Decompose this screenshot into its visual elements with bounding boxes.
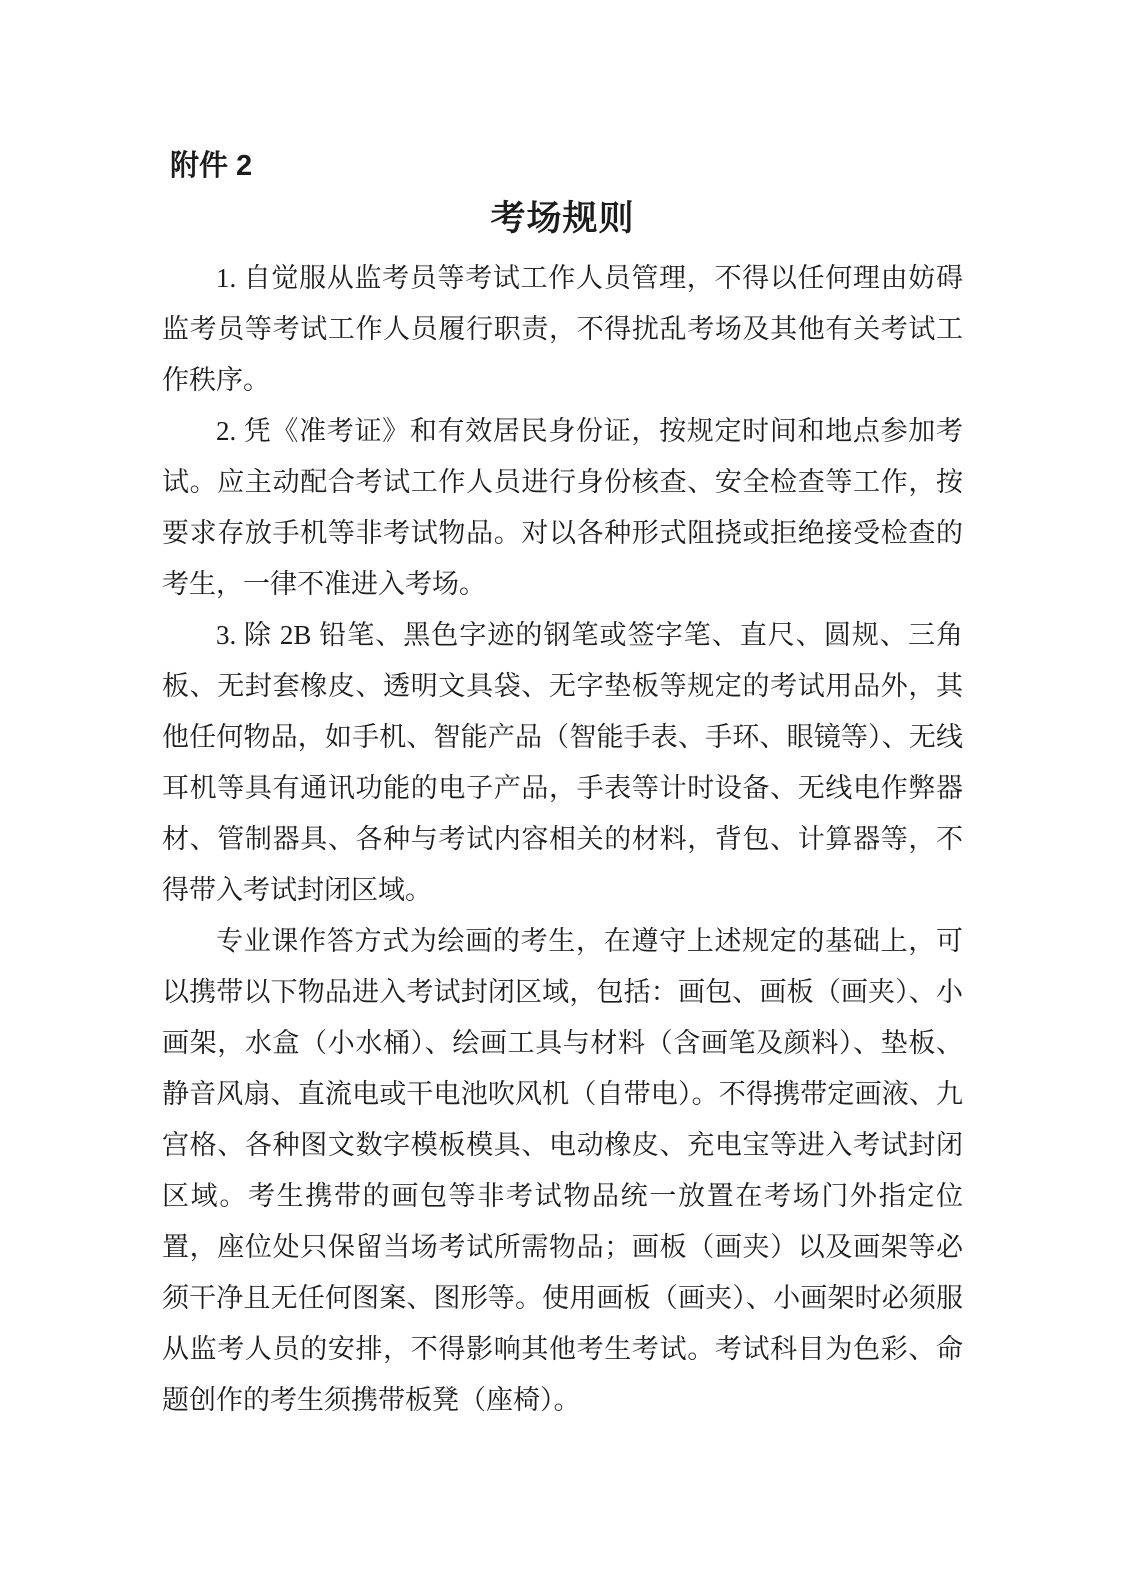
document-page: 附件 2 考场规则 1. 自觉服从监考员等考试工作人员管理，不得以任何理由妨碍监… [0, 0, 1124, 1592]
rule-paragraph-1: 1. 自觉服从监考员等考试工作人员管理，不得以任何理由妨碍监考员等考试工作人员履… [162, 253, 963, 406]
rule-paragraph-2: 2. 凭《准考证》和有效居民身份证，按规定时间和地点参加考试。应主动配合考试工作… [162, 406, 963, 610]
rule-paragraph-3: 3. 除 2B 铅笔、黑色字迹的钢笔或签字笔、直尺、圆规、三角板、无封套橡皮、透… [162, 610, 963, 916]
attachment-label: 附件 2 [170, 145, 963, 187]
rule-paragraph-4: 专业课作答方式为绘画的考生，在遵守上述规定的基础上，可以携带以下物品进入考试封闭… [162, 916, 963, 1426]
page-title: 考场规则 [162, 195, 963, 243]
document-body: 1. 自觉服从监考员等考试工作人员管理，不得以任何理由妨碍监考员等考试工作人员履… [162, 253, 963, 1426]
